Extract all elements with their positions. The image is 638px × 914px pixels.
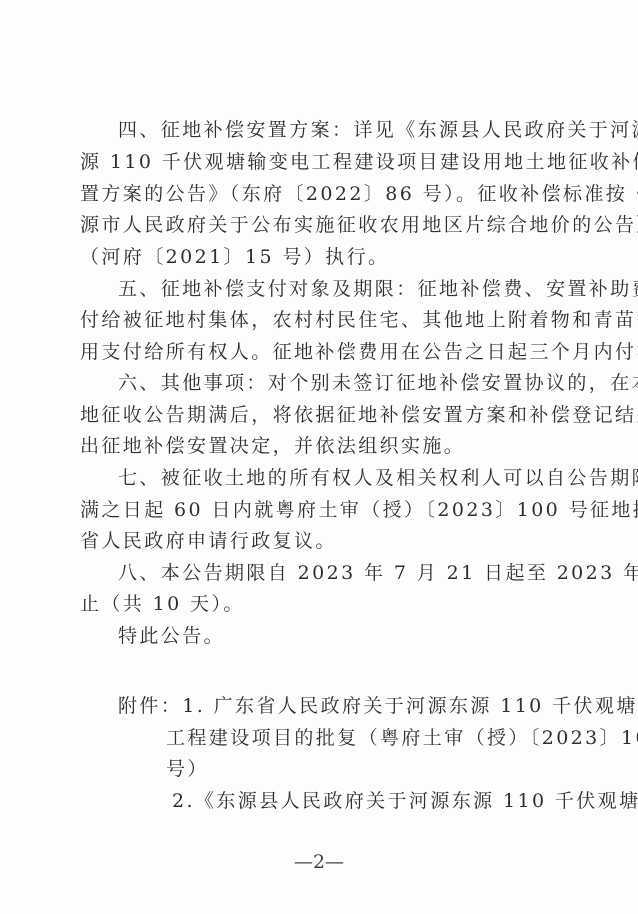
page-number: —2— [0, 848, 638, 876]
attachment-1-line: 号） [166, 754, 566, 784]
attachment-2-line: 2.《东源县人民政府关于河源东源 110 千伏观塘输 [172, 786, 566, 816]
text-line: 四、征地补偿安置方案：详见《东源县人民政府关于河源东 [118, 115, 566, 145]
text-line: 省人民政府申请行政复议。 [80, 526, 566, 556]
text-line: 出征地补偿安置决定，并依法组织实施。 [80, 431, 566, 461]
text-line: 五、征地补偿支付对象及期限：征地补偿费、安置补助费支 [118, 274, 566, 304]
text-line: 用支付给所有权人。征地补偿费用在公告之日起三个月内付清。 [80, 337, 566, 367]
text-line: （河府〔2021〕15 号）执行。 [80, 242, 566, 272]
text-line: 满之日起 60 日内就粤府土审（授）〔2023〕100 号征地批复向 [80, 495, 566, 525]
text-line: 七、被征收土地的所有权人及相关权利人可以自公告期限届 [118, 463, 566, 493]
attachment-1-line: 附件：1. 广东省人民政府关于河源东源 110 千伏观塘输变电 [118, 691, 566, 721]
text-line: 源市人民政府关于公布实施征收农用地区片综合地价的公告》 [80, 210, 566, 240]
text-line: 置方案的公告》（东府〔2022〕86 号）。征收补偿标准按《河 [80, 179, 566, 209]
text-line: 源 110 千伏观塘输变电工程建设项目建设用地土地征收补偿安 [80, 147, 566, 177]
text-line: 六、其他事项：对个别未签订征地补偿安置协议的，在本土 [118, 368, 566, 398]
text-line: 付给被征地村集体，农村村民住宅、其他地上附着物和青苗等费 [80, 305, 566, 335]
text-line: 八、本公告期限自 2023 年 7 月 21 日起至 2023 年 8 月 4 … [118, 558, 566, 588]
attachment-1-line: 工程建设项目的批复（粤府土审（授）〔2023〕100 [166, 723, 566, 753]
text-line: 地征收公告期满后，将依据征地补偿安置方案和补偿登记结果作 [80, 400, 566, 430]
closing-text: 特此公告。 [118, 621, 566, 651]
document-page: 四、征地补偿安置方案：详见《东源县人民政府关于河源东 源 110 千伏观塘输变电… [0, 0, 638, 914]
text-line: 止（共 10 天）。 [80, 589, 566, 619]
